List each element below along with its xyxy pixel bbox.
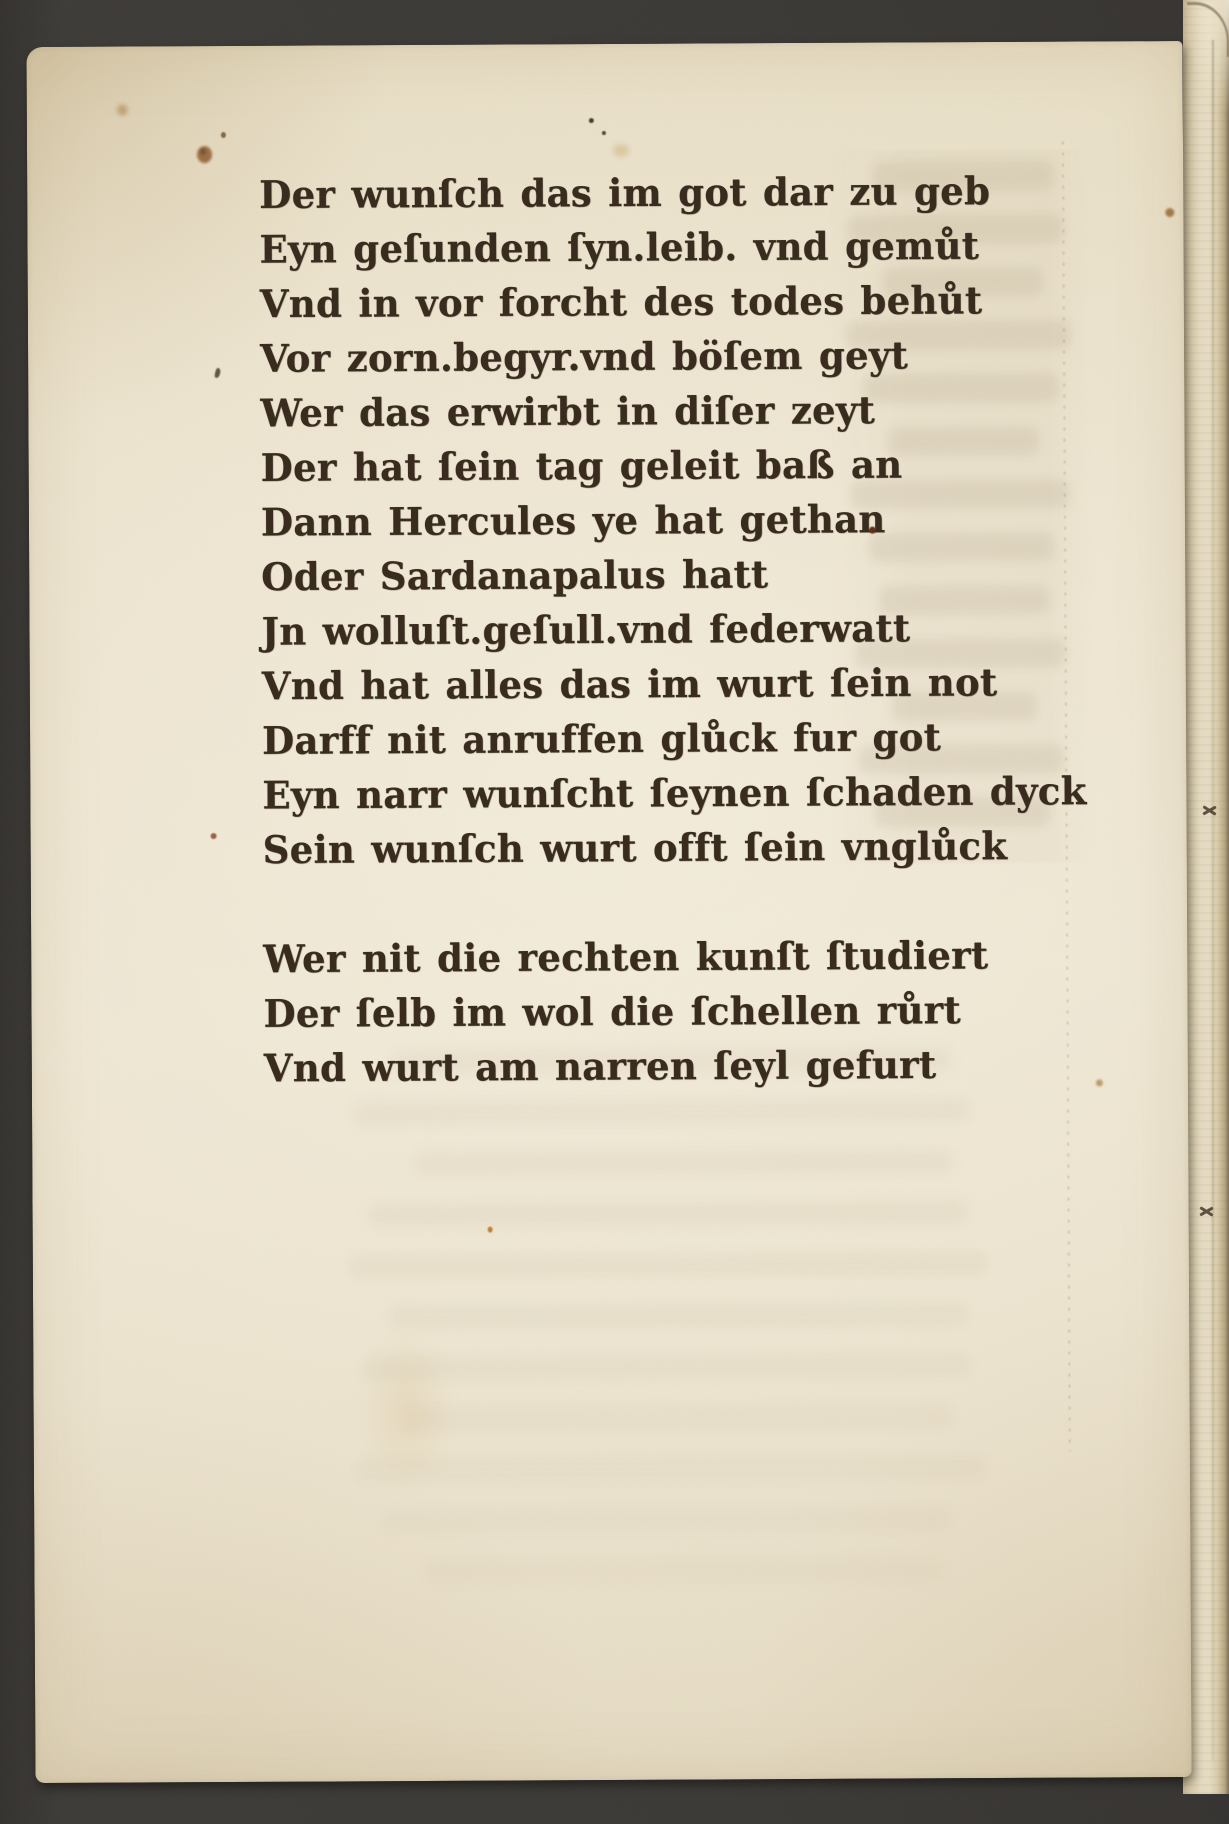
ink-speck: [602, 131, 606, 135]
ink-speck: [221, 132, 226, 138]
verse-line: Eyn narr wunſcht ſeynen ſchaden dyck: [262, 764, 1087, 823]
book-page: Der wunſch das im got dar zu geb Eyn geſ…: [26, 41, 1191, 1783]
foxing-spot: [1165, 208, 1174, 217]
verse-line: Der hat ſein tag geleit baß an: [261, 436, 1086, 495]
show-through-smudge: [388, 1302, 968, 1329]
foxing-spot: [117, 105, 128, 116]
verse-line: Sein wunſch wurt offt ſein vnglůck: [263, 819, 1088, 878]
verse-line: Vnd wurt am narren ſeyl gefurt: [264, 1037, 1089, 1096]
verse-line: Vnd hat alles das im wurt ſein not: [262, 655, 1087, 714]
fore-edge-crease: [1212, 40, 1214, 1760]
verse-line: Eyn geſunden ſyn.leib. vnd gemůt: [259, 218, 1084, 277]
verse-line: Der ſelb im wol die ſchellen růrt: [263, 982, 1088, 1041]
water-stain: [348, 1313, 464, 1529]
foxing-spot: [197, 146, 212, 163]
scan-backdrop: Der wunſch das im got dar zu geb Eyn geſ…: [0, 0, 1229, 1824]
verse-line: Der wunſch das im got dar zu geb: [259, 164, 1084, 223]
verse-line: Dann Hercules ye hat gethan: [261, 491, 1086, 550]
show-through-smudge: [382, 1506, 952, 1533]
stanza-gap: [263, 873, 1088, 932]
show-through-smudge: [424, 1557, 944, 1584]
verse-line: Jn wolluſt.geſull.vnd federwatt: [261, 600, 1086, 659]
show-through-smudge: [412, 1149, 952, 1176]
verse-line: Darff nit anruffen glůck fur got: [262, 709, 1087, 768]
verse-line: Wer nit die rechten kunſt ſtudiert: [263, 928, 1088, 987]
ink-speck: [211, 833, 217, 839]
verse-text-block: Der wunſch das im got dar zu geb Eyn geſ…: [259, 164, 1088, 1096]
verse-line: Vor zorn.begyr.vnd böſem geyt: [260, 327, 1085, 386]
ink-speck: [488, 1227, 493, 1233]
verse-line: Wer das erwirbt in diſer zeyt: [260, 382, 1085, 441]
foxing-spot: [613, 144, 629, 157]
show-through-smudge: [348, 1251, 988, 1278]
ink-speck: [869, 527, 876, 534]
stitch-mark: [1201, 803, 1219, 817]
foxing-spot: [1096, 1079, 1103, 1086]
stitch-mark: [1198, 1204, 1216, 1218]
ink-speck: [214, 368, 221, 379]
verse-line: Vnd in vor forcht des todes behůt: [260, 273, 1085, 332]
show-through-smudge: [404, 1404, 954, 1431]
show-through-smudge: [368, 1200, 968, 1227]
show-through-smudge: [352, 1098, 972, 1125]
ink-speck: [589, 118, 594, 123]
verse-line: Oder Sardanapalus hatt: [261, 546, 1086, 605]
